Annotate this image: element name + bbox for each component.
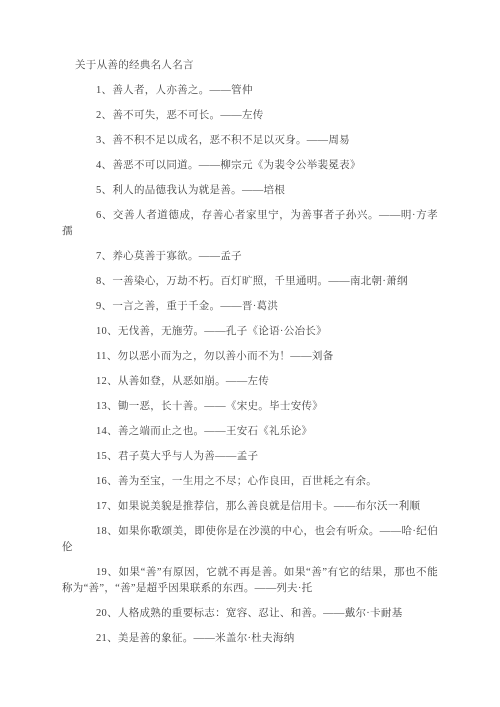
quote-item: 1、善人者，人亦善之。——管仲 — [62, 83, 438, 99]
document-title: 关于从善的经典名人名言 — [62, 58, 438, 74]
quote-item: 5、利人的品德我认为就是善。——培根 — [62, 183, 438, 199]
quote-item: 12、从善如登，从恶如崩。——左传 — [62, 374, 438, 390]
quote-item: 3、善不积不足以成名，恶不积不足以灭身。——周易 — [62, 133, 438, 149]
quote-item: 17、如果说美貌是推荐信，那么善良就是信用卡。——布尔沃一利顺 — [62, 499, 438, 515]
quote-item: 21、美是善的象征。——米盖尔·杜夫海纳 — [62, 631, 438, 647]
quote-item: 6、交善人者道德成，存善心者家里宁，为善事者子孙兴。——明·方孝孺 — [62, 208, 438, 240]
quote-item: 14、善之端而止之也。——王安石《礼乐论》 — [62, 424, 438, 440]
quote-item: 20、人格成熟的重要标志：宽容、忍让、和善。——戴尔·卡耐基 — [62, 606, 438, 622]
quote-item: 10、无伐善，无施劳。——孔子《论语·公冶长》 — [62, 324, 438, 340]
quote-item: 16、善为至宝，一生用之不尽；心作良田，百世耗之有余。 — [62, 474, 438, 490]
quote-item: 18、如果你歌颂美，即使你是在沙漠的中心，也会有听众。——哈·纪伯伦 — [62, 524, 438, 556]
quote-item: 8、一善染心，万劫不朽。百灯旷照，千里通明。——南北朝·萧纲 — [62, 274, 438, 290]
quote-item: 15、君子莫大乎与人为善——孟子 — [62, 449, 438, 465]
quote-item: 2、善不可失，恶不可长。——左传 — [62, 108, 438, 124]
quote-list: 1、善人者，人亦善之。——管仲2、善不可失，恶不可长。——左传3、善不积不足以成… — [62, 83, 438, 647]
quote-item: 13、锄一恶，长十善。——《宋史。毕士安传》 — [62, 399, 438, 415]
quote-item: 11、勿以恶小而为之，勿以善小而不为！——刘备 — [62, 349, 438, 365]
quote-item: 7、养心莫善于寡欲。——孟子 — [62, 249, 438, 265]
quote-item: 4、善恶不可以同道。——柳宗元《为裴令公举裴冕表》 — [62, 158, 438, 174]
quote-item: 9、一言之善，重于千金。——晋·葛洪 — [62, 299, 438, 315]
quote-item: 19、如果“善”有原因，它就不再是善。如果“善”有它的结果，那也不能称为“善”，… — [62, 565, 438, 597]
document-page: 关于从善的经典名人名言 1、善人者，人亦善之。——管仲2、善不可失，恶不可长。—… — [0, 0, 500, 707]
